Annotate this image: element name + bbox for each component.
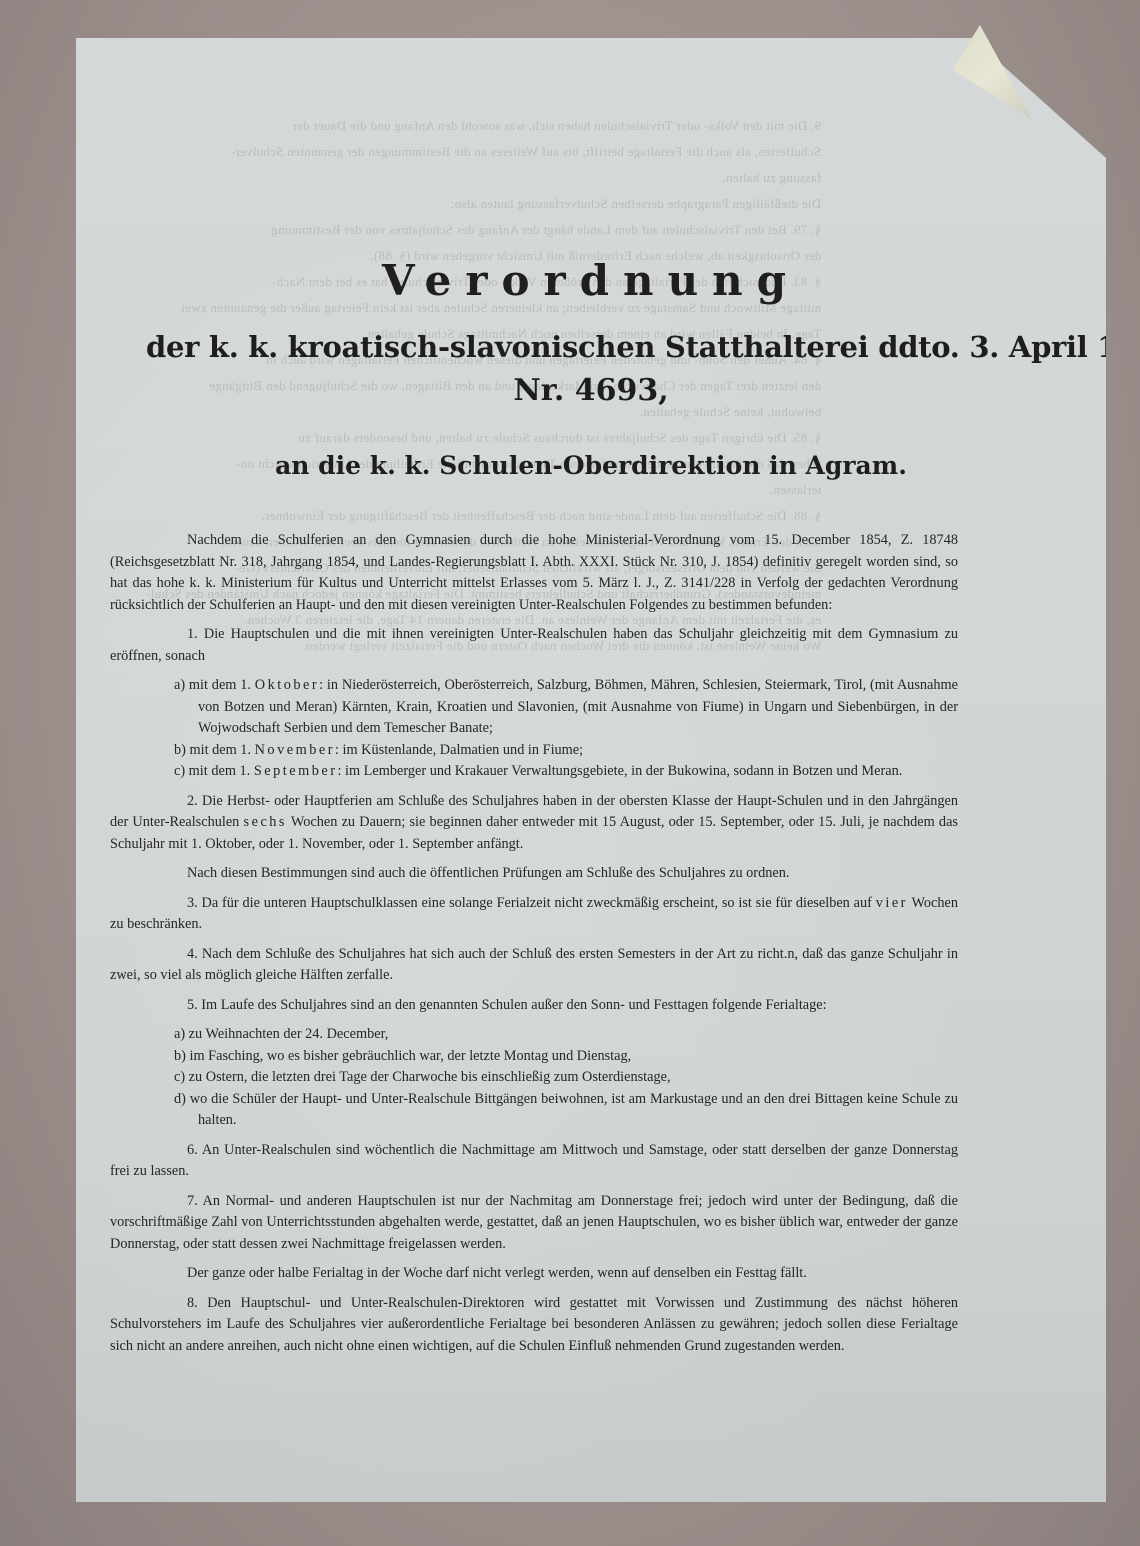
section-4: 4. Nach dem Schluße des Schuljahres hat … bbox=[110, 944, 958, 987]
section-5-item-d: d) wo die Schüler der Haupt- und Unter-R… bbox=[110, 1089, 958, 1132]
section-1: 1. Die Hauptschulen und die mit ihnen ve… bbox=[110, 624, 958, 667]
section-2: 2. Die Herbst- oder Hauptferien am Schlu… bbox=[110, 791, 958, 856]
section-5: 5. Im Laufe des Schuljahres sind an den … bbox=[110, 995, 958, 1017]
section-1-item-c: c) mit dem 1. September: im Lemberger un… bbox=[110, 761, 958, 783]
section-7: 7. An Normal- und anderen Hauptschulen i… bbox=[110, 1191, 958, 1256]
document-body: Nachdem die Schulferien an den Gymnasien… bbox=[110, 530, 958, 1365]
section-5-item-b: b) im Fasching, wo es bisher gebräuchlic… bbox=[110, 1046, 958, 1068]
section-6: 6. An Unter-Realschulen sind wöchentlich… bbox=[110, 1140, 958, 1183]
document-addressee: an die k. k. Schulen-Oberdirektion in Ag… bbox=[76, 451, 1106, 480]
intro-paragraph: Nachdem die Schulferien an den Gymnasien… bbox=[110, 530, 958, 616]
document-page: 9. Die mit den Volks- oder Trivialschule… bbox=[76, 38, 1106, 1502]
section-8: 8. Den Hauptschul- und Unter-Realschulen… bbox=[110, 1293, 958, 1358]
document-number: Nr. 4693, bbox=[76, 373, 1106, 408]
document-heading: Verordnung bbox=[76, 256, 1106, 305]
section-7-note: Der ganze oder halbe Ferialtag in der Wo… bbox=[110, 1263, 958, 1285]
section-1-item-b: b) mit dem 1. November: im Küstenlande, … bbox=[110, 740, 958, 762]
section-1-item-a: a) mit dem 1. Oktober: in Niederösterrei… bbox=[110, 675, 958, 740]
document-subheading: der k. k. kroatisch-slavonischen Stattha… bbox=[146, 330, 1036, 364]
section-5-item-c: c) zu Ostern, die letzten drei Tage der … bbox=[110, 1067, 958, 1089]
section-5-item-a: a) zu Weihnachten der 24. December, bbox=[110, 1024, 958, 1046]
section-3: 3. Da für die unteren Hauptschulklassen … bbox=[110, 893, 958, 936]
section-2-note: Nach diesen Bestimmungen sind auch die ö… bbox=[110, 863, 958, 885]
